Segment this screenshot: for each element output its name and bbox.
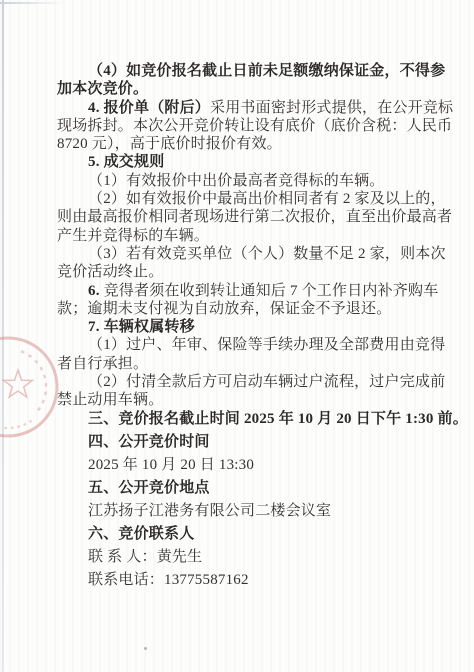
text-line: 5. 成交规则 <box>57 153 459 171</box>
text-segment: 竞得者须在收到转让通知后 7 个工作日内补齐购车 <box>100 283 439 299</box>
text-segment: 者自行承担。 <box>57 356 148 372</box>
text-line: 禁止动用车辆。 <box>57 391 459 409</box>
text-segment: 8720 元），高于底价时报价有效。 <box>57 136 282 152</box>
text-line: 2025 年 10 月 20 日 13:30 <box>57 454 459 477</box>
text-line: 4. 报价单（附后）采用书面密封形式提供，在公开竞标 <box>57 99 459 117</box>
text-line: 六、竞价联系人 <box>57 523 459 546</box>
text-line: 四、公开竞价时间 <box>57 431 459 454</box>
text-segment: （1）过户、年审、保险等手续办理及全部费用由竞得 <box>88 337 445 353</box>
text-line: 联系电话：13775587162 <box>57 569 459 592</box>
bold-text-segment: 四、公开竞价时间 <box>88 434 210 450</box>
text-segment: 禁止动用车辆。 <box>57 392 163 408</box>
document-section-list: 三、竞价报名截止时间 2025 年 10 月 20 日下午 1:30 前。四、公… <box>57 408 459 592</box>
text-line: 现场拆封。本次公开竞价转让设有底价（底价含税：人民币 <box>57 117 459 135</box>
scanned-document-page: （4）如竞价报名截止日前未足额缴纳保证金，不得参加本次竞价。4. 报价单（附后）… <box>0 0 474 672</box>
scan-edge-top <box>0 2 64 4</box>
text-segment: （2）如有效报价中最高出价相同者有 2 家及以上的， <box>88 191 446 207</box>
text-segment: （3）若有效竞买单位（个人）数量不足 2 家，则本次 <box>88 246 446 262</box>
bold-text-segment: 5. 成交规则 <box>88 154 164 170</box>
text-segment: 则由最高报价相同者现场进行第二次报价，直至出价最高者 <box>57 209 452 225</box>
bold-text-segment: 三、竞价报名截止时间 2025 年 10 月 20 日下午 1:30 前。 <box>88 411 468 427</box>
text-line: 7. 车辆权属转移 <box>57 318 459 336</box>
bold-text-segment: 五、公开竞价地点 <box>88 480 210 496</box>
text-line: （2）付清全款后方可启动车辆过户流程，过户完成前 <box>57 373 459 391</box>
text-line: 加本次竞价。 <box>57 80 459 98</box>
text-line: （1）有效报价中出价最高者竞得标的车辆。 <box>57 172 459 190</box>
text-line: 款；逾期未支付视为自动放弃，保证金不予退还。 <box>57 300 459 318</box>
text-line: （1）过户、年审、保险等手续办理及全部费用由竞得 <box>57 336 459 354</box>
text-line: 五、公开竞价地点 <box>57 477 459 500</box>
scan-speck <box>144 647 147 650</box>
text-line: 则由最高报价相同者现场进行第二次报价，直至出价最高者 <box>57 208 459 226</box>
text-segment: 江苏扬子江港务有限公司二楼会议室 <box>88 503 331 519</box>
text-line: 8720 元），高于底价时报价有效。 <box>57 135 459 153</box>
text-line: 三、竞价报名截止时间 2025 年 10 月 20 日下午 1:30 前。 <box>57 408 459 431</box>
text-segment: 2025 年 10 月 20 日 13:30 <box>88 457 254 473</box>
text-line: 6. 竞得者须在收到转让通知后 7 个工作日内补齐购车 <box>57 282 459 300</box>
text-segment: 竞价活动终止。 <box>57 264 163 280</box>
text-segment: 采用书面密封形式提供，在公开竞标 <box>210 100 453 116</box>
text-segment: 款；逾期未支付视为自动放弃，保证金不予退还。 <box>57 301 391 317</box>
bold-text-segment: 4. 报价单（附后） <box>88 100 210 116</box>
text-line: 产生并竞得标的车辆。 <box>57 227 459 245</box>
text-segment: 联系电话：13775587162 <box>88 572 249 588</box>
text-line: （3）若有效竞买单位（个人）数量不足 2 家，则本次 <box>57 245 459 263</box>
text-line: 江苏扬子江港务有限公司二楼会议室 <box>57 500 459 523</box>
seal-star-icon <box>4 370 33 397</box>
seal-circle <box>0 338 57 436</box>
text-line: 竞价活动终止。 <box>57 263 459 281</box>
text-segment: 联 系 人：黄先生 <box>88 549 202 565</box>
text-segment: 现场拆封。本次公开竞价转让设有底价（底价含税：人民币 <box>57 118 452 134</box>
bold-text-segment: 7. 车辆权属转移 <box>88 319 195 335</box>
seal-arc-text-bottom <box>4 421 31 428</box>
text-segment: 产生并竞得标的车辆。 <box>57 228 209 244</box>
text-line: 联 系 人：黄先生 <box>57 546 459 569</box>
text-line: 者自行承担。 <box>57 355 459 373</box>
text-line: （4）如竞价报名截止日前未足额缴纳保证金，不得参 <box>57 62 459 80</box>
text-segment: （2）付清全款后方可启动车辆过户流程，过户完成前 <box>88 374 445 390</box>
document-body-text: （4）如竞价报名截止日前未足额缴纳保证金，不得参加本次竞价。4. 报价单（附后）… <box>57 62 459 410</box>
bold-text-segment: 6. <box>88 283 100 299</box>
text-line: （2）如有效报价中最高出价相同者有 2 家及以上的， <box>57 190 459 208</box>
bold-text-segment: （4）如竞价报名截止日前未足额缴纳保证金，不得参 <box>88 63 445 79</box>
bold-text-segment: 加本次竞价。 <box>57 81 148 97</box>
bold-text-segment: 六、竞价联系人 <box>88 526 194 542</box>
text-segment: （1）有效报价中出价最高者竞得标的车辆。 <box>88 173 385 189</box>
seal-arc-text-top <box>21 351 46 414</box>
